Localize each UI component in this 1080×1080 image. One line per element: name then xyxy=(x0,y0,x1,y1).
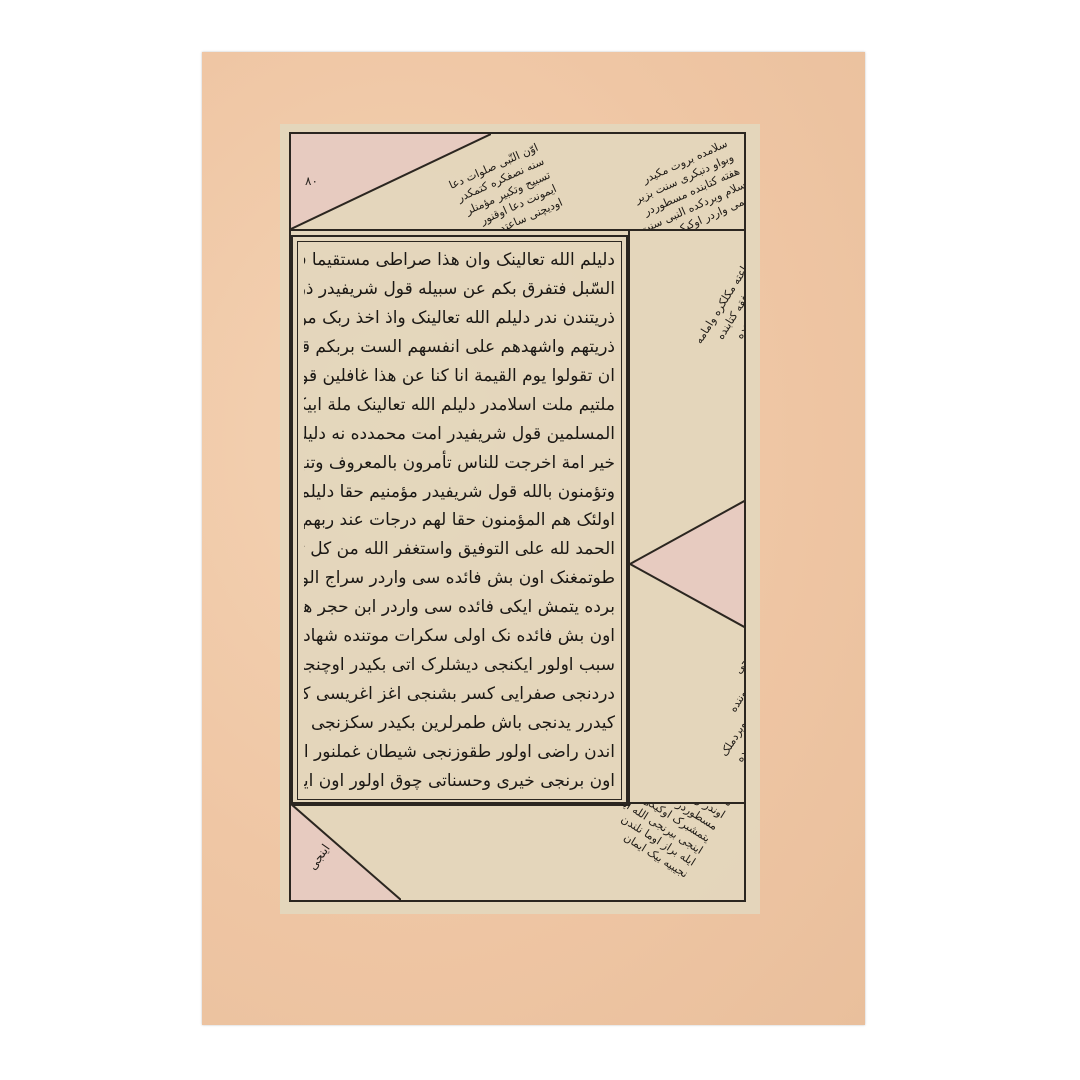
page-frame: ٨٠ اوّن النّبی صلوات دعا سنه نصفکره کتمک… xyxy=(289,132,746,902)
top-margin-band: ٨٠ اوّن النّبی صلوات دعا سنه نصفکره کتمک… xyxy=(291,134,744,231)
text-line: المسلمین قول شریفیدر امت محمدده نه دلیلم… xyxy=(304,420,615,448)
right-margin-lower-text: دردنجی مذکوردر دوننده سلامده تبوزینی ویر… xyxy=(689,639,744,806)
main-text-block: دلیلم الله تعالینک وان هذا صراطی مستقیما… xyxy=(291,235,628,806)
text-line: کیدرر یدنجی باش طمرلرین بکیدر سکزنجی الل… xyxy=(304,709,615,737)
text-line: اون برنجی خیری وحسناتی چوق اولور اون ایک… xyxy=(304,767,615,795)
middle-right-triangle xyxy=(630,499,744,629)
text-line: الحمد لله علی التوفیق واستغفر الله من کل… xyxy=(304,535,615,563)
text-line: اندن راضی اولور طقوزنجی شیطان غملنور اون… xyxy=(304,738,615,766)
text-line: ذریتهم واشهدهم علی انفسهم الست بربکم قال… xyxy=(304,333,615,361)
text-line: سبب اولور ایکنجی دیشلرک اتی بکیدر اوچنجی… xyxy=(304,651,615,679)
text-line: طوتمغنک اون بش فائده سی واردر سراج الوها… xyxy=(304,564,615,592)
text-line: دردنجی صفرایی کسر بشنجی اغز اغریسی کیدرر… xyxy=(304,680,615,708)
top-margin-text-2: سلامده بروت مکیدر وبواو دنبکری سنت بزیر … xyxy=(619,136,744,231)
text-line: اون بش فائده نک اولی سکرات موتنده شهادت … xyxy=(304,622,615,650)
right-margin-column: وجماعته مکلکره وامامه بحث ابن فقه کتابند… xyxy=(628,231,744,806)
bottom-left-triangle xyxy=(291,804,401,900)
text-line: دلیلم الله تعالینک وان هذا صراطی مستقیما… xyxy=(304,246,615,274)
text-line: ذریتندن ندر دلیلم الله تعالینک واذ اخذ ر… xyxy=(304,304,615,332)
folio-number: ٨٠ xyxy=(305,174,318,188)
text-line: اولئک هم المؤمنون حقا لهم درجات عند ربهم… xyxy=(304,506,615,534)
text-line: برده یتمش ایکی فائده سی واردر ابن حجر هی… xyxy=(304,593,615,621)
bottom-margin-band: اینجی نجه صوله قهستانیده نمازده یکیدر تب… xyxy=(291,802,744,900)
right-margin-upper-text: وجماعته مکلکره وامامه بحث ابن فقه کتابند… xyxy=(682,247,744,422)
text-line: خیر امة اخرجت للناس تأمرون بالمعروف وتنه… xyxy=(304,449,615,477)
text-line: وتؤمنون بالله قول شریفیدر مؤمنیم حقا دلی… xyxy=(304,478,615,506)
bottom-margin-text: نجه صوله قهستانیده نمازده یکیدر تبع قهست… xyxy=(582,802,744,881)
text-line: ان تقولوا یوم القیمة انا کنا عن هذا غافل… xyxy=(304,362,615,390)
text-line: ملتیم ملت اسلامدر دلیلم الله تعالینک ملة… xyxy=(304,391,615,419)
text-line: السّبل فتفرق بکم عن سبیله قول شریفیدر ذر… xyxy=(304,275,615,303)
